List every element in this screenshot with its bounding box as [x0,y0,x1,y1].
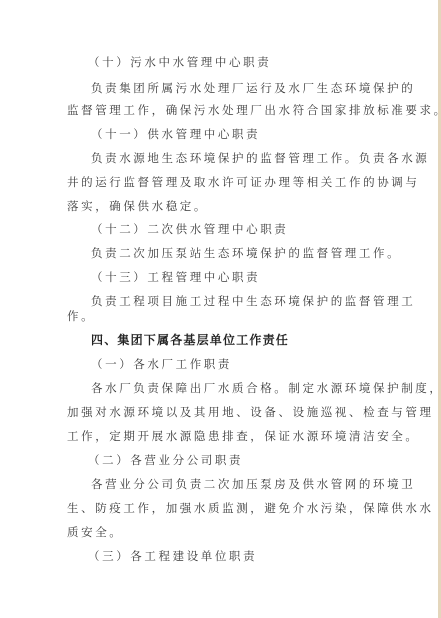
section-subheading-13: （十三）工程管理中心职责 [91,270,260,284]
section-subheading-10: （十）污水中水管理中心职责 [88,55,271,69]
paragraph-line: 落实，确保供水稳定。 [67,199,208,213]
paragraph-line: 负责二次加压泵站生态环境保护的监督管理工作。 [91,246,401,260]
section-heading-4: 四、集团下属各基层单位工作责任 [91,333,289,347]
paragraph-line: 监督管理工作，确保污水处理厂出水符合国家排放标准要求。 [67,103,441,117]
paragraph-line: 负责工程项目施工过程中生态环境保护的监督管理工 [91,294,415,308]
paragraph-line: 生、防疫工作，加强水质监测，避免介水污染，保障供水水 [67,501,434,515]
paragraph-line: 工作，定期开展水源隐患排查，保证水源环境清洁安全。 [67,429,420,443]
document-page: （十）污水中水管理中心职责 负责集团所属污水处理厂运行及水厂生态环境保护的 监督… [0,0,438,618]
section-subheading-12: （十二）二次供水管理中心职责 [91,222,288,236]
section-subheading-11: （十一）供水管理中心职责 [91,127,260,141]
paragraph-line: 质安全。 [67,525,123,539]
section-subheading-1: （一）各水厂工作职责 [91,357,232,371]
paragraph-line: 作。 [67,309,95,323]
paragraph-line: 各水厂负责保障出厂水质合格。制定水源环境保护制度， [91,381,441,395]
paragraph-line: 负责水源地生态环境保护的监督管理工作。负责各水源 [91,151,429,165]
paragraph-line: 各营业分公司负责二次加压泵房及供水管网的环境卫 [91,477,415,491]
paragraph-line: 加强对水源环境以及其用地、设备、设施巡视、检查与管理 [67,405,434,419]
section-subheading-2: （二）各营业分公司职责 [88,453,243,467]
paragraph-line: 负责集团所属污水处理厂运行及水厂生态环境保护的 [91,81,415,95]
paragraph-line: 井的运行监督管理及取水许可证办理等相关工作的协调与 [67,175,420,189]
section-subheading-3: （三）各工程建设单位职责 [88,549,257,563]
